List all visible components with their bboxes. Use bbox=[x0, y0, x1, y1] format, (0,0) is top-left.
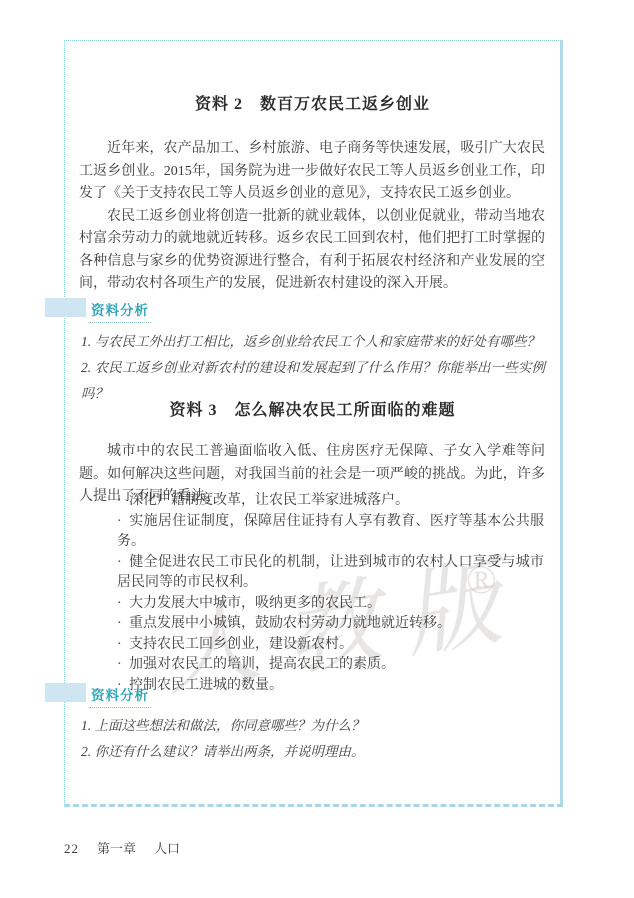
bullet-item: ·重点发展中小城镇，鼓励农村劳动力就地就近转移。 bbox=[117, 614, 544, 635]
bullet-text: 大力发展大中城市，吸纳更多的农民工。 bbox=[129, 596, 381, 611]
bullet-item: ·实施居住证制度，保障居住证持有人享有教育、医疗等基本公共服务。 bbox=[117, 512, 544, 553]
page-footer: 22第一章人口 bbox=[64, 838, 198, 857]
bullet-item: ·健全促进农民工市民化的机制，让进到城市的农村人口享受与城市居民同等的市民权利。 bbox=[117, 553, 544, 594]
bullet-text: 实施居住证制度，保障居住证持有人享有教育、医疗等基本公共服务。 bbox=[117, 514, 544, 550]
bullet-marker: · bbox=[117, 655, 129, 676]
bullet-marker: · bbox=[117, 512, 129, 533]
material2-title: 资料 2 数百万农民工返乡创业 bbox=[65, 91, 560, 114]
material2-question-1: 1. 与农民工外出打工相比，返乡创业给农民工个人和家庭带来的好处有哪些？ bbox=[81, 329, 545, 355]
bullet-marker: · bbox=[117, 594, 129, 615]
chapter-label: 第一章 bbox=[97, 841, 136, 856]
bullet-marker: · bbox=[117, 553, 129, 574]
material3-title: 资料 3 怎么解决农民工所面临的难题 bbox=[65, 397, 560, 420]
bullet-text: 深化户籍制度改革，让农民工举家进城落户。 bbox=[129, 493, 409, 508]
material2-body: 近年来，农产品加工、乡村旅游、电子商务等快速发展，吸引广大农民工返乡创业。201… bbox=[79, 138, 545, 296]
material3-question-1: 1. 上面这些想法和做法，你同意哪些？为什么？ bbox=[81, 713, 545, 739]
bullet-item: ·加强对农民工的培训，提高农民工的素质。 bbox=[117, 655, 544, 676]
bullet-item: ·大力发展大中城市，吸纳更多的农民工。 bbox=[117, 594, 544, 615]
material3-question-2: 2. 你还有什么建议？请举出两条，并说明理由。 bbox=[81, 739, 545, 765]
material3-analysis-label: 资料分析 bbox=[89, 684, 151, 708]
content-frame: 资料 2 数百万农民工返乡创业 近年来，农产品加工、乡村旅游、电子商务等快速发展… bbox=[64, 40, 563, 807]
material2-questions: 1. 与农民工外出打工相比，返乡创业给农民工个人和家庭带来的好处有哪些？ 2. … bbox=[81, 329, 545, 407]
material2-analysis-label: 资料分析 bbox=[89, 299, 151, 323]
bullet-item: ·支持农民工回乡创业，建设新农村。 bbox=[117, 635, 544, 656]
bullet-marker: · bbox=[117, 491, 129, 512]
bullet-text: 重点发展中小城镇，鼓励农村劳动力就地就近转移。 bbox=[129, 616, 451, 631]
bullet-text: 加强对农民工的培训，提高农民工的素质。 bbox=[129, 657, 395, 672]
section-label: 人口 bbox=[154, 841, 180, 856]
bullet-marker: · bbox=[117, 635, 129, 656]
material2-paragraph-2: 农民工返乡创业将创造一批新的就业载体，以创业促就业，带动当地农村富余劳动力的就地… bbox=[79, 206, 545, 296]
material2-paragraph-1: 近年来，农产品加工、乡村旅游、电子商务等快速发展，吸引广大农民工返乡创业。201… bbox=[79, 138, 545, 206]
material3-bullet-list: ·深化户籍制度改革，让农民工举家进城落户。 ·实施居住证制度，保障居住证持有人享… bbox=[117, 491, 544, 696]
bullet-item: ·深化户籍制度改革，让农民工举家进城落户。 bbox=[117, 491, 544, 512]
page-number: 22 bbox=[64, 841, 79, 856]
bullet-text: 健全促进农民工市民化的机制，让进到城市的农村人口享受与城市居民同等的市民权利。 bbox=[117, 555, 544, 591]
analysis-tab-marker bbox=[45, 683, 86, 702]
bullet-text: 控制农民工进城的数量。 bbox=[129, 678, 283, 693]
textbook-page: 人教版 ® 资料 2 数百万农民工返乡创业 近年来，农产品加工、乡村旅游、电子商… bbox=[0, 0, 634, 898]
material3-questions: 1. 上面这些想法和做法，你同意哪些？为什么？ 2. 你还有什么建议？请举出两条… bbox=[81, 713, 545, 765]
bullet-marker: · bbox=[117, 614, 129, 635]
bullet-text: 支持农民工回乡创业，建设新农村。 bbox=[129, 637, 353, 652]
analysis-tab-marker bbox=[45, 298, 86, 317]
bullet-item: ·控制农民工进城的数量。 bbox=[117, 676, 544, 697]
